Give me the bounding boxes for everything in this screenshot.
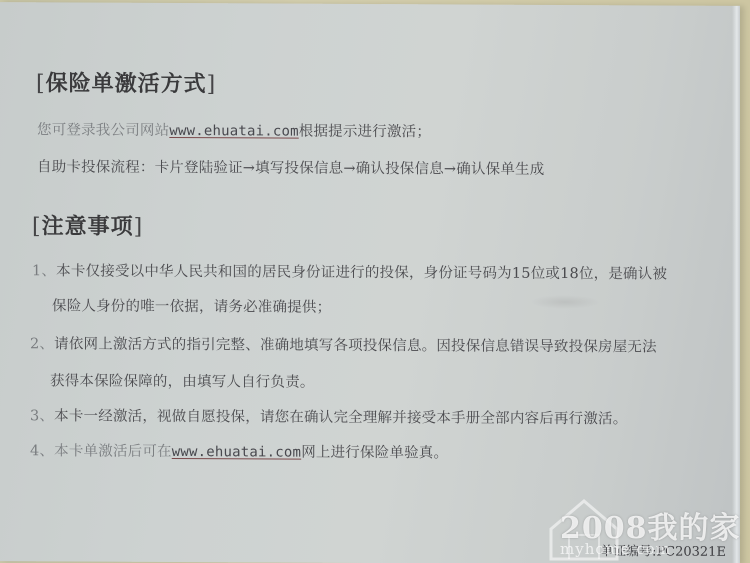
item-text: 本卡一经激活，视做自愿投保，请您在确认完全理解并接受本手册全部内容后再行激活。 <box>54 408 627 427</box>
note-item-2: 2、请依网上激活方式的指引完整、准确地填写各项投保信息。因投保信息错误导致投保房… <box>30 332 657 356</box>
item-number: 3、 <box>30 408 54 424</box>
item-suffix: 网上进行保险单验真。 <box>301 445 448 462</box>
item-text: 请依网上激活方式的指引完整、准确地填写各项投保信息。因投保信息错误导致投保房屋无… <box>54 336 657 355</box>
section-heading-activation: [保险单激活方式] <box>36 66 216 98</box>
watermark-domain: myhome.com <box>560 540 671 558</box>
note-item-1: 1、本卡仅接受以中华人民共和国的居民身份证进行的投保，身份证号码为15位或18位… <box>32 259 667 283</box>
item-number: 4、 <box>30 443 54 459</box>
item-number: 1、 <box>32 263 56 279</box>
paper-smudge <box>530 295 600 309</box>
section-heading-notes: [注意事项] <box>32 209 143 241</box>
document-page: [保险单激活方式] 您可登录我公司网站www.ehuatai.com根据提示进行… <box>0 2 740 563</box>
flow-text: 自助卡投保流程：卡片登陆验证→填写投保信息→确认投保信息→确认保单生成 <box>37 159 544 178</box>
item-text: 保险人身份的唯一依据，请务必准确提供； <box>52 298 331 315</box>
note-item-1-continuation: 保险人身份的唯一依据，请务必准确提供； <box>52 294 331 316</box>
bracket-close: ] <box>134 215 144 240</box>
activation-website-line: 您可登录我公司网站www.ehuatai.com根据提示进行激活； <box>37 118 431 141</box>
line-suffix: 根据提示进行激活； <box>299 124 431 141</box>
item-prefix: 本卡单激活后可在 <box>54 443 172 460</box>
line-prefix: 您可登录我公司网站 <box>37 122 169 139</box>
note-item-3: 3、本卡一经激活，视做自愿投保，请您在确认完全理解并接受本手册全部内容后再行激活… <box>30 404 627 428</box>
note-item-2-continuation: 获得本保险保障的，由填写人自行负责。 <box>50 369 315 391</box>
heading-text: 注意事项 <box>42 213 134 239</box>
item-number: 2、 <box>30 336 54 352</box>
site-watermark: 2008我的家 myhome.com <box>545 495 750 563</box>
bracket-close: ] <box>207 72 217 97</box>
heading-text: 保险单激活方式 <box>46 70 207 97</box>
website-link[interactable]: www.ehuatai.com <box>169 123 298 140</box>
website-link[interactable]: www.ehuatai.com <box>172 444 301 461</box>
self-service-flow-line: 自助卡投保流程：卡片登陆验证→填写投保信息→确认投保信息→确认保单生成 <box>37 155 544 179</box>
bracket-open: [ <box>36 71 46 96</box>
item-text: 本卡仅接受以中华人民共和国的居民身份证进行的投保，身份证号码为15位或18位，是… <box>56 263 667 282</box>
item-text: 获得本保险保障的，由填写人自行负责。 <box>50 373 315 390</box>
bracket-open: [ <box>32 214 42 239</box>
note-item-4: 4、本卡单激活后可在www.ehuatai.com网上进行保险单验真。 <box>30 439 448 462</box>
